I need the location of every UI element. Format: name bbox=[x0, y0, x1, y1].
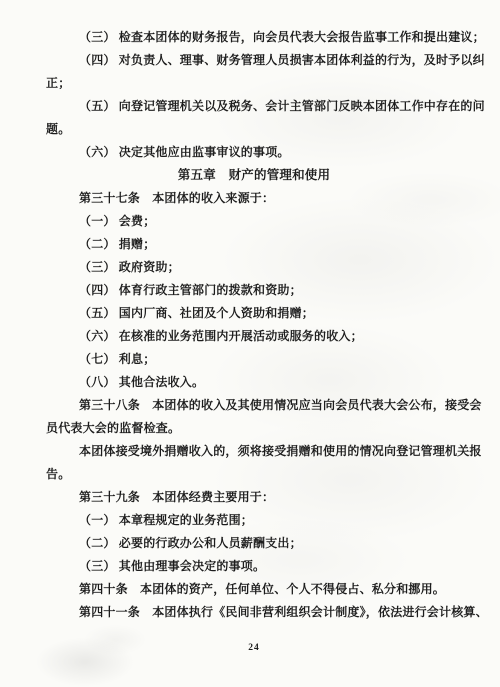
article-39-line: 第三十九条 本团体经费主要用于： bbox=[46, 486, 462, 509]
text-line: （八） 其他合法收入。 bbox=[46, 371, 462, 394]
text-line: 正； bbox=[46, 72, 462, 95]
document-page: （三） 检查本团体的财务报告，向会员代表大会报告监事工作和提出建议； （四） 对… bbox=[0, 0, 500, 655]
text-line: （三） 其他由理事会决定的事项。 bbox=[46, 555, 462, 578]
text-line: （三） 政府资助； bbox=[46, 256, 462, 279]
text-line: （一） 本章程规定的业务范围； bbox=[46, 509, 462, 532]
text-line: （五） 国内厂商、社团及个人资助和捐赠； bbox=[46, 302, 462, 325]
text-line: （四） 对负责人、理事、财务管理人员损害本团体利益的行为，及时予以纠 bbox=[46, 49, 462, 72]
article-40-line: 第四十条 本团体的资产，任何单位、个人不得侵占、私分和挪用。 bbox=[46, 578, 462, 601]
text-line: 告。 bbox=[46, 463, 462, 486]
article-41-line: 第四十一条 本团体执行《民间非营利组织会计制度》，依法进行会计核算、 bbox=[46, 601, 462, 624]
text-line: 本团体接受境外捐赠收入的，须将接受捐赠和使用的情况向登记管理机关报 bbox=[46, 440, 462, 463]
text-line: （四） 体育行政主管部门的拨款和资助； bbox=[46, 279, 462, 302]
text-line: （二） 必要的行政办公和人员薪酬支出； bbox=[46, 532, 462, 555]
text-line: 员代表大会的监督检查。 bbox=[46, 417, 462, 440]
text-line: （七） 利息； bbox=[46, 348, 462, 371]
text-line: （三） 检查本团体的财务报告，向会员代表大会报告监事工作和提出建议； bbox=[46, 26, 462, 49]
chapter-heading: 第五章 财产的管理和使用 bbox=[46, 164, 462, 187]
text-line: （六） 决定其他应由监事审议的事项。 bbox=[46, 141, 462, 164]
page-number: 24 bbox=[46, 641, 462, 655]
article-38-line: 第三十八条 本团体的收入及其使用情况应当向会员代表大会公布，接受会 bbox=[46, 394, 462, 417]
text-line: （五） 向登记管理机关以及税务、会计主管部门反映本团体工作中存在的问 bbox=[46, 95, 462, 118]
article-37-line: 第三十七条 本团体的收入来源于： bbox=[46, 187, 462, 210]
text-line: （二） 捐赠； bbox=[46, 233, 462, 256]
text-line: （六） 在核准的业务范围内开展活动或服务的收入； bbox=[46, 325, 462, 348]
text-line: 题。 bbox=[46, 118, 462, 141]
text-line: （一） 会费； bbox=[46, 210, 462, 233]
